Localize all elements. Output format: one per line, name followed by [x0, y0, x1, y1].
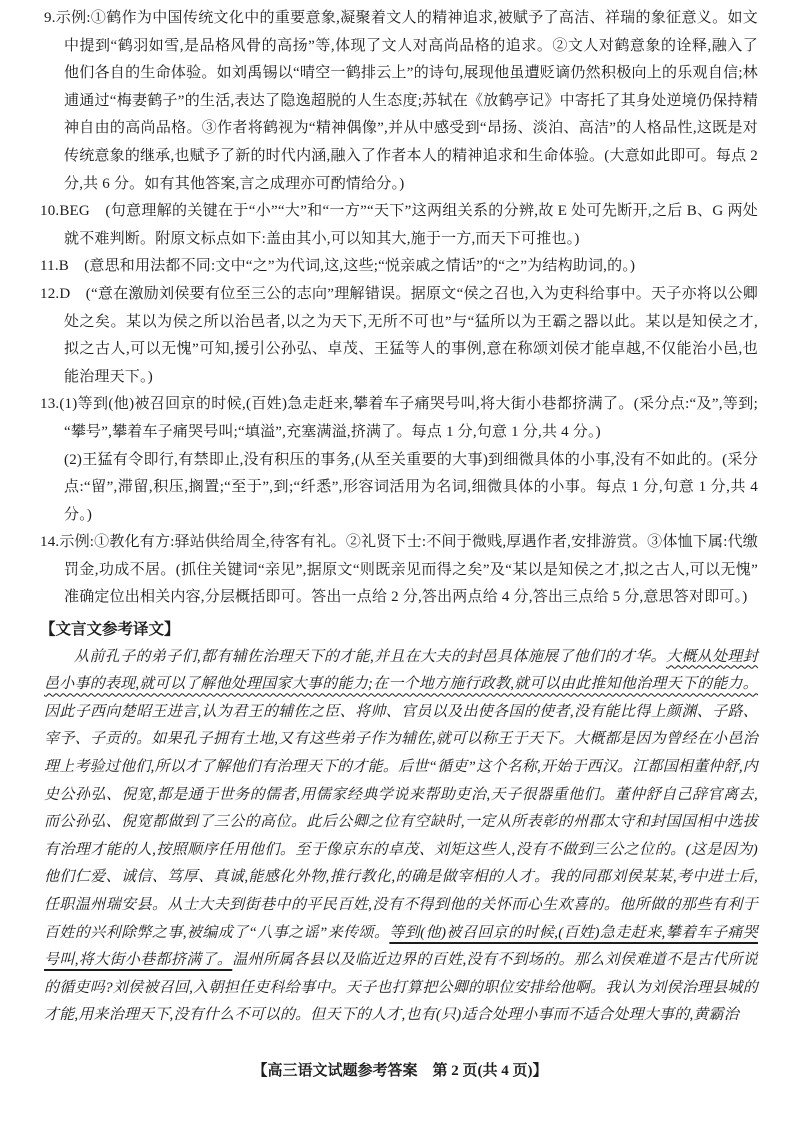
answer-item-14-number: 14. — [40, 534, 59, 550]
translation-segment-3: 因此子西向楚昭王进言,认为君王的辅佐之臣、将帅、官员以及出使各国的使者,没有能比… — [44, 704, 758, 941]
answer-item-9-number: 9. — [44, 10, 56, 26]
answer-item-13-body2: (2)王猛有令即行,有禁即止,没有积压的事务,(从至关重要的大事)到细微具体的小… — [64, 452, 758, 523]
answer-item-12-number: 12.D — [40, 286, 70, 302]
answer-item-13-number: 13. — [40, 396, 59, 412]
answer-item-11-body: (意思和用法都不同:文中“之”为代词,这,这些;“悦亲戚之情话”的“之”为结构助… — [69, 258, 635, 274]
exam-answer-page: 9.示例:①鹤作为中国传统文化中的重要意象,凝聚着文人的精神追求,被赋予了高洁、… — [0, 0, 800, 1132]
page-footer: 【高三语文试题参考答案 第 2 页(共 4 页)】 — [0, 1060, 800, 1082]
answer-item-13-part2: (2)王猛有令即行,有禁即止,没有积压的事务,(从至关重要的大事)到细微具体的小… — [64, 447, 758, 530]
translation-segment-1: 从前孔子的弟子们,都有辅佐治理天下的才能,并且在大夫的封邑具体施展了他们的才华。 — [74, 649, 666, 665]
answer-item-14-body: 示例:①教化有方:驿站供给周全,待客有礼。②礼贤下士:不间于微贱,厚遇作者,安排… — [59, 534, 758, 605]
answer-item-13-part1: 13.(1)等到(他)被召回京的时候,(百姓)急走赶来,攀着车子痛哭号叫,将大街… — [64, 391, 758, 446]
answers-section: 9.示例:①鹤作为中国传统文化中的重要意象,凝聚着文人的精神追求,被赋予了高洁、… — [0, 5, 800, 612]
answer-item-10: 10.BEG (句意理解的关键在于“小”“大”和“一方”“天下”这两组关系的分辨… — [64, 198, 758, 253]
answer-item-9-body: 示例:①鹤作为中国传统文化中的重要意象,凝聚着文人的精神追求,被赋予了高洁、祥瑞… — [56, 10, 758, 192]
answer-item-11: 11.B (意思和用法都不同:文中“之”为代词,这,这些;“悦亲戚之情话”的“之… — [64, 253, 758, 281]
answer-item-10-body: (句意理解的关键在于“小”“大”和“一方”“天下”这两组关系的分辨,故 E 处可… — [64, 203, 758, 247]
answer-item-12-body: (“意在激励刘侯要有位至三公的志向”理解错误。据原文“侯之召也,入为吏科给事中。… — [64, 286, 758, 385]
answer-item-9: 9.示例:①鹤作为中国传统文化中的重要意象,凝聚着文人的精神追求,被赋予了高洁、… — [64, 5, 758, 198]
answer-item-10-number: 10.BEG — [40, 203, 90, 219]
translation-paragraph: 从前孔子的弟子们,都有辅佐治理天下的才能,并且在大夫的封邑具体施展了他们的才华。… — [44, 644, 758, 1030]
answer-item-12: 12.D (“意在激励刘侯要有位至三公的志向”理解错误。据原文“侯之召也,入为吏… — [64, 281, 758, 391]
translation-title: 【文言文参考译文】 — [40, 616, 758, 644]
answer-item-14: 14.示例:①教化有方:驿站供给周全,待客有礼。②礼贤下士:不间于微贱,厚遇作者… — [64, 529, 758, 612]
answer-item-11-number: 11.B — [40, 258, 69, 274]
answer-item-13-body1: (1)等到(他)被召回京的时候,(百姓)急走赶来,攀着车子痛哭号叫,将大街小巷都… — [59, 396, 758, 440]
